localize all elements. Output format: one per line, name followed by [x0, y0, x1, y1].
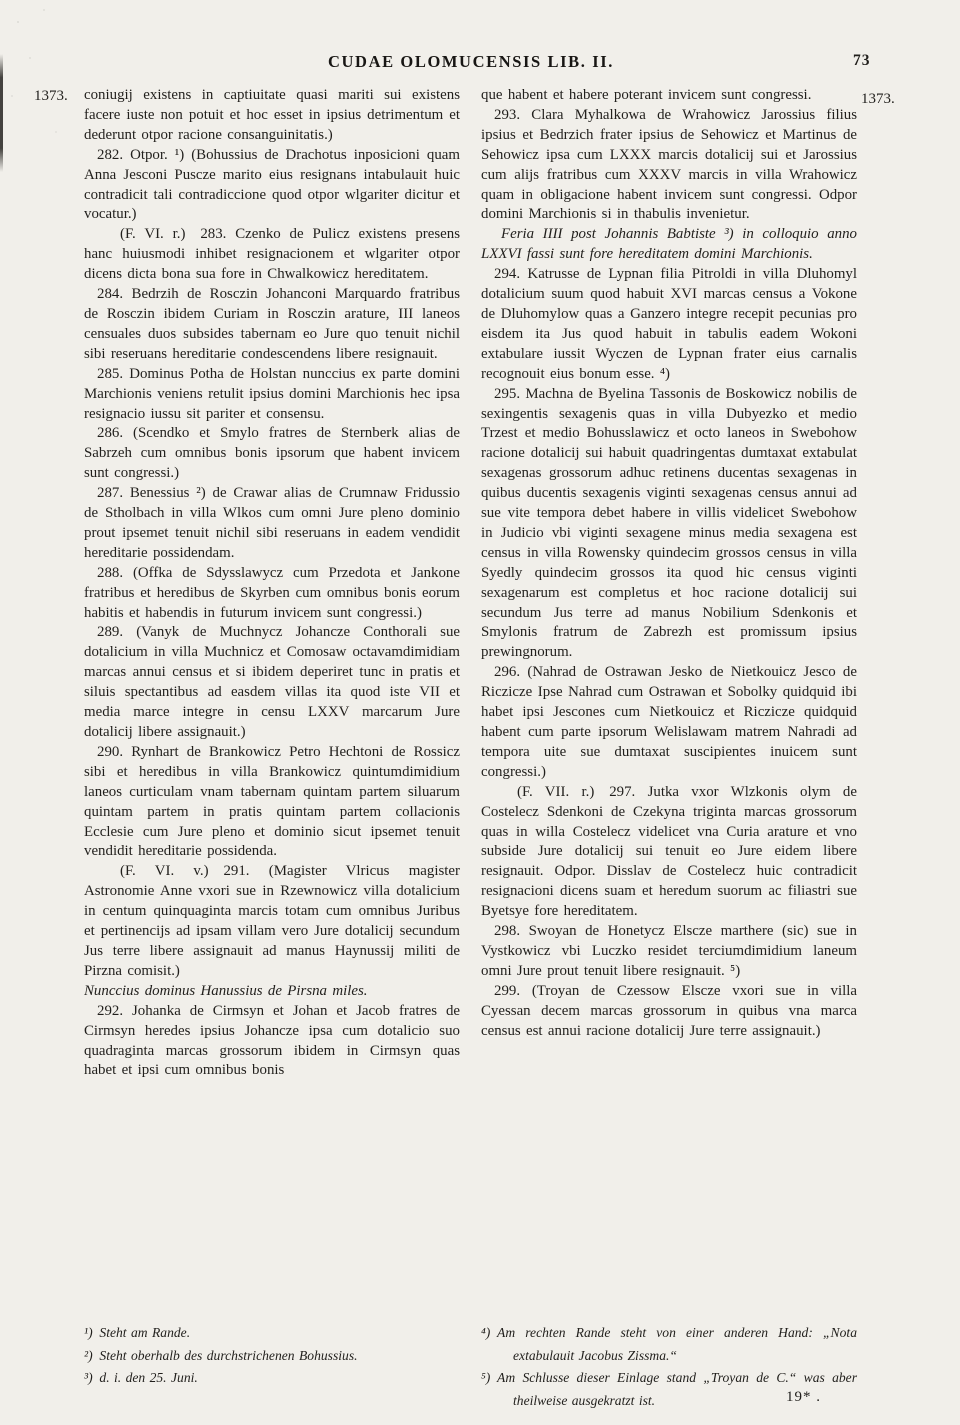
running-head-title: CUDAE OLOMUCENSIS LIB. II. — [85, 52, 857, 72]
margin-year-left: 1373. — [34, 88, 68, 105]
entry-293: 293. Clara Myhalkowa de Wrahowicz Jaross… — [481, 106, 857, 225]
entry-284: 284. Bedrzih de Rosczin Johanconi Marqua… — [84, 285, 460, 365]
entry-283-with-folio-mark: (F. VI. r.) 283. Czenko de Pulicz existe… — [84, 225, 460, 285]
entry-297-with-folio-mark: (F. VII. r.) 297. Jutka vxor Wlzkonis ol… — [481, 783, 857, 922]
entry-288: 288. (Offka de Sdysslawycz cum Przedota … — [84, 564, 460, 624]
entry-292: 292. Johanka de Cirmsyn et Johan et Jaco… — [84, 1002, 460, 1082]
footnote-4: ⁴) Am rechten Rande steht von einer ande… — [481, 1322, 857, 1367]
footnotes-section: ¹) Steht am Rande. ²) Steht oberhalb des… — [84, 1322, 858, 1412]
entry-281-continuation: coniugij existens in captiuitate quasi m… — [84, 86, 460, 146]
page-number: 73 — [853, 52, 871, 70]
entry-290: 290. Rynhart de Brankowicz Petro Hechton… — [84, 743, 460, 862]
scanned-book-page: CUDAE OLOMUCENSIS LIB. II. 73 1373. 1373… — [0, 0, 960, 1425]
entry-287: 287. Benessius ²) de Crawar alias de Cru… — [84, 484, 460, 564]
entry-291-with-folio-mark: (F. VI. v.) 291. (Magister Vlricus magis… — [84, 862, 460, 981]
printer-signature-mark: 19* . — [786, 1389, 821, 1406]
text-columns: coniugij existens in captiuitate quasi m… — [84, 86, 858, 1320]
entry-289: 289. (Vanyk de Muchnycz Johancze Conthor… — [84, 623, 460, 742]
scan-edge-artifact — [0, 54, 3, 172]
entry-292-continuation: que habent et habere poterant invicem su… — [481, 86, 857, 106]
entry-285: 285. Dominus Potha de Holstan nunccius e… — [84, 365, 460, 425]
footnote-3: ³) d. i. den 25. Juni. — [84, 1367, 460, 1390]
entry-299: 299. (Troyan de Czessow Elscze vxori sue… — [481, 982, 857, 1042]
right-column: que habent et habere poterant invicem su… — [481, 86, 857, 1320]
footnote-1: ¹) Steht am Rande. — [84, 1322, 460, 1345]
entry-298: 298. Swoyan de Honetycz Elscze marthere … — [481, 922, 857, 982]
entry-293-feria-note: Feria IIII post Johannis Babtiste ³) in … — [481, 225, 857, 265]
entry-296: 296. (Nahrad de Ostrawan Jesko de Nietko… — [481, 663, 857, 782]
entry-295: 295. Machna de Byelina Tassonis de Bosko… — [481, 385, 857, 664]
entry-294: 294. Katrusse de Lypnan filia Pitroldi i… — [481, 265, 857, 384]
entry-291-nuncius-note: Nunccius dominus Hanussius de Pirsna mil… — [84, 982, 460, 1002]
entry-286: 286. (Scendko et Smylo fratres de Sternb… — [84, 424, 460, 484]
left-column: coniugij existens in captiuitate quasi m… — [84, 86, 460, 1320]
margin-year-right: 1373. — [861, 91, 895, 108]
footnote-2: ²) Steht oberhalb des durchstrichenen Bo… — [84, 1345, 460, 1368]
footnotes-left-column: ¹) Steht am Rande. ²) Steht oberhalb des… — [84, 1322, 460, 1412]
entry-282: 282. Otpor. ¹) (Bohussius de Drachotus i… — [84, 146, 460, 226]
